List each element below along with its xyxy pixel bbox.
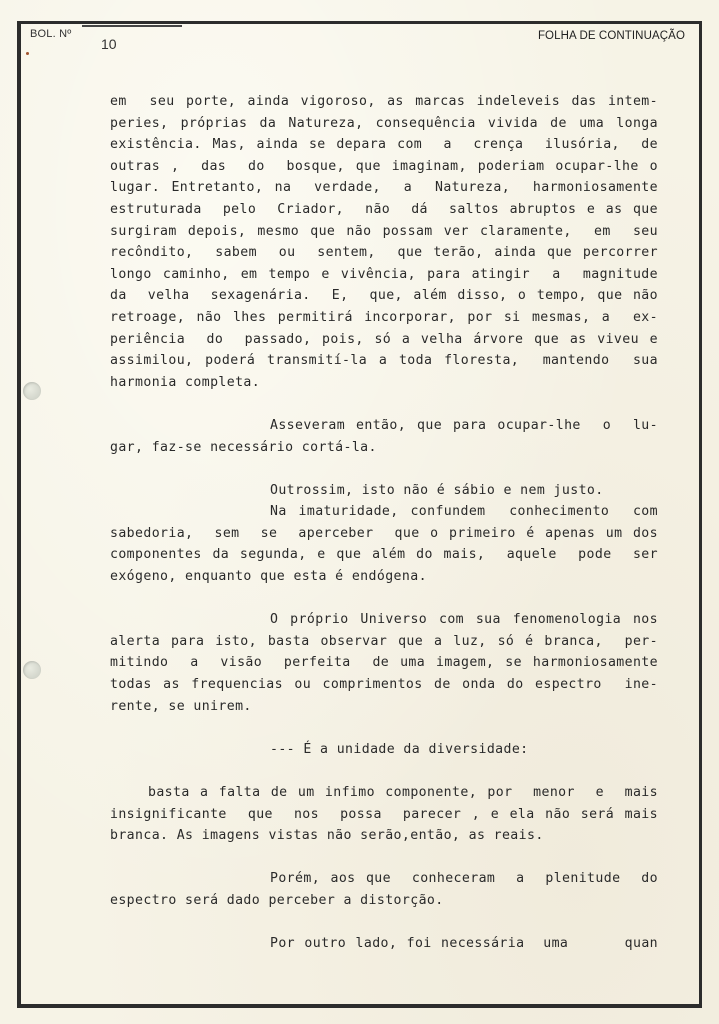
paragraph-4: O próprio Universo com sua fenomenologia…	[110, 609, 658, 717]
text-line: longo caminho, em tempo e vivência, para…	[110, 264, 658, 286]
paragraph-8: Por outro lado, foi necessária uma quan	[110, 933, 658, 955]
paragraph-6: basta a falta de um infimo componente, p…	[110, 782, 658, 847]
paragraph-2: Asseveram então, que para ocupar-lhe o l…	[110, 415, 658, 458]
text-line: Outrossim, isto não é sábio e nem justo.	[110, 480, 658, 502]
paragraph-gap	[110, 393, 658, 415]
text-line: outras , das do bosque, que imaginam, po…	[110, 156, 658, 178]
text-line: recôndito, sabem ou sentem, que terão, a…	[110, 242, 658, 264]
paragraph-gap	[110, 847, 658, 869]
paragraph-gap	[110, 717, 658, 739]
text-line: existência. Mas, ainda se depara com a c…	[110, 134, 658, 156]
punch-hole-icon	[23, 661, 41, 679]
text-line: --- É a unidade da diversidade:	[110, 739, 658, 761]
text-line: insignificante que nos possa parecer , e…	[110, 804, 658, 826]
text-line: estruturada pelo Criador, não dá saltos …	[110, 199, 658, 221]
bulletin-number-value: 10	[101, 36, 117, 52]
text-line: da velha sexagenária. E, que, além disso…	[110, 285, 658, 307]
text-line: periência do passado, pois, só a velha á…	[110, 329, 658, 351]
sheet-title: FOLHA DE CONTINUAÇÃO	[538, 30, 685, 42]
text-line: espectro será dado perceber a distorção.	[110, 890, 658, 912]
text-line: O próprio Universo com sua fenomenologia…	[110, 609, 658, 631]
paragraph-3: Outrossim, isto não é sábio e nem justo.…	[110, 480, 658, 588]
paragraph-gap	[110, 760, 658, 782]
text-line: gar, faz-se necessário cortá-la.	[110, 437, 658, 459]
text-line: Na imaturidade, confundem conhecimento c…	[110, 501, 658, 523]
text-line: alerta para isto, basta observar que a l…	[110, 631, 658, 653]
text-line: harmonia completa.	[110, 372, 658, 394]
paragraph-5: --- É a unidade da diversidade:	[110, 739, 658, 761]
text-line: todas as frequencias ou comprimentos de …	[110, 674, 658, 696]
text-line: branca. As imagens vistas não serão,entã…	[110, 825, 658, 847]
text-line: basta a falta de um infimo componente, p…	[110, 782, 658, 804]
paragraph-7: Porém, aos que conheceram a plenitude do…	[110, 868, 658, 911]
text-line: em seu porte, ainda vigoroso, as marcas …	[110, 91, 658, 113]
ink-dot	[26, 52, 29, 55]
text-line: peries, próprias da Natureza, consequênc…	[110, 113, 658, 135]
text-line: sabedoria, sem se aperceber que o primei…	[110, 523, 658, 545]
text-line: lugar. Entretanto, na verdade, a Naturez…	[110, 177, 658, 199]
text-line: Asseveram então, que para ocupar-lhe o l…	[110, 415, 658, 437]
punch-hole-icon	[23, 382, 41, 400]
document-body: em seu porte, ainda vigoroso, as marcas …	[110, 91, 658, 955]
bulletin-number-label: BOL. Nº	[30, 28, 72, 40]
text-line: Porém, aos que conheceram a plenitude do	[110, 868, 658, 890]
bulletin-number-underline	[82, 25, 182, 27]
paragraph-gap	[110, 588, 658, 610]
text-line: rente, se unirem.	[110, 696, 658, 718]
text-line: assimilou, poderá transmití-la a toda fl…	[110, 350, 658, 372]
text-line: componentes da segunda, e que além do ma…	[110, 544, 658, 566]
paragraph-gap	[110, 912, 658, 934]
text-line: surgiram depois, mesmo que não possam ve…	[110, 221, 658, 243]
text-line: mitindo a visão perfeita de uma imagem, …	[110, 652, 658, 674]
text-line: Por outro lado, foi necessária uma quan	[110, 933, 658, 955]
paragraph-gap	[110, 458, 658, 480]
text-line: retroage, não lhes permitirá incorporar,…	[110, 307, 658, 329]
paragraph-1: em seu porte, ainda vigoroso, as marcas …	[110, 91, 658, 393]
text-line: exógeno, enquanto que esta é endógena.	[110, 566, 658, 588]
